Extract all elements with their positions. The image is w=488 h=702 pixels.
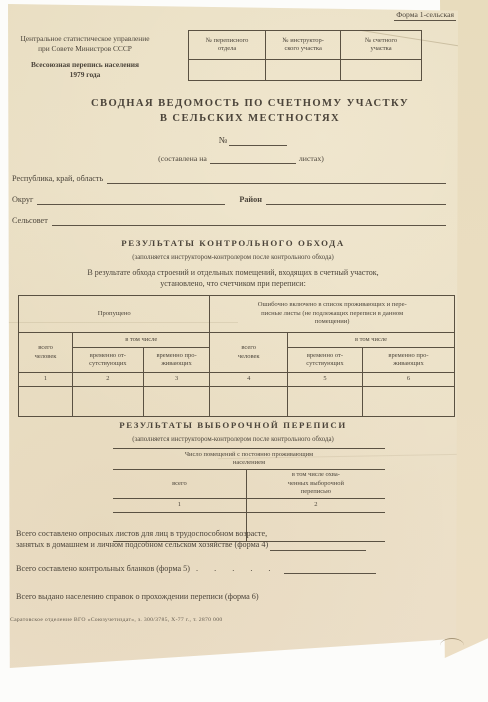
republic-field-row: Республика, край, область (12, 174, 446, 184)
col-number: 6 (362, 373, 454, 387)
col-number: 1 (113, 499, 246, 513)
sample-census-section-subtitle: (заполняется инструктором-контролером по… (8, 436, 458, 444)
printing-house-imprint: Саратовское отделение ВГО «Союзучетиздат… (10, 617, 340, 624)
sheets-count-blank (210, 155, 296, 164)
included-including-header: в том числе (287, 333, 454, 348)
form-title: СВОДНАЯ ВЕДОМОСТЬ ПО СЧЕТНОМУ УЧАСТКУ В … (8, 96, 458, 127)
data-cell (210, 387, 288, 417)
number-sign-label: № (219, 135, 228, 145)
table-empty-row (189, 60, 422, 81)
questionnaires-line-part2: занятых в домашнем и личном подсобном се… (16, 540, 268, 549)
republic-blank (107, 174, 446, 184)
group-header-row: Пропущено Ошибочно включено в список про… (19, 296, 455, 333)
selsovet-blank (52, 216, 446, 226)
table-header-row: № переписного отдела № инструктор- ского… (189, 31, 422, 60)
column-numbers-row: 1 2 (113, 499, 385, 513)
column-numbers-row: 1 2 3 4 5 6 (19, 373, 455, 387)
raion-blank (266, 195, 446, 205)
certificates-issued-line: Всего выдано населению справок о прохожд… (16, 591, 446, 602)
including-row: всего человек в том числе всего человек … (19, 333, 455, 348)
included-total-header: всего человек (210, 333, 288, 373)
col-number: 1 (19, 373, 73, 387)
col-counting-area: № счетного участка (341, 31, 422, 60)
data-cell (73, 387, 144, 417)
group-erroneously-included: Ошибочно включено в список проживающих и… (210, 296, 455, 333)
okrug-raion-field-row: Округ Район (12, 195, 446, 205)
data-cell (143, 387, 210, 417)
data-cell (362, 387, 454, 417)
form5-count-blank (284, 564, 376, 574)
census-name: Всесоюзная перепись населения 1979 года (10, 60, 160, 79)
district-numbers-table: № переписного отдела № инструктор- ского… (188, 30, 422, 81)
col-number: 3 (143, 373, 210, 387)
col-instructor-area: № инструктор- ского участка (266, 31, 341, 60)
table-header-row: Число помещений с постоянно проживающим … (113, 449, 385, 470)
republic-label: Республика, край, область (12, 174, 103, 184)
okrug-blank (37, 195, 225, 205)
okrug-label: Округ (12, 195, 33, 205)
raion-label: Район (239, 195, 262, 205)
covered-by-sample-col-header: в том числе охва- ченных выборочной пере… (246, 470, 385, 499)
page-curl (440, 638, 464, 653)
compiled-suffix-label: листах) (299, 154, 324, 163)
included-temp-residing-header: временно про- живающих (362, 348, 454, 373)
control-round-results-table: Пропущено Ошибочно включено в список про… (18, 295, 455, 417)
group-missed: Пропущено (19, 296, 210, 333)
col-enumeration-dept: № переписного отдела (189, 31, 266, 60)
form-title-line1: СВОДНАЯ ВЕДОМОСТЬ ПО СЧЕТНОМУ УЧАСТКУ (42, 96, 458, 111)
sample-census-section-title: РЕЗУЛЬТАТЫ ВЫБОРОЧНОЙ ПЕРЕПИСИ (8, 420, 458, 431)
included-temp-absent-header: временно от- сутствующих (287, 348, 362, 373)
questionnaires-total-line: Всего составлено опросных листов для лиц… (16, 528, 446, 551)
control-round-section-subtitle: (заполняется инструктором-контролером по… (8, 254, 458, 262)
missed-total-header: всего человек (19, 333, 73, 373)
form4-count-blank (270, 541, 366, 551)
empty-data-row (19, 387, 455, 417)
org-name: Центральное статистическое управление пр… (10, 34, 160, 53)
control-blanks-label: Всего составлено контрольных бланков (фо… (16, 564, 190, 573)
questionnaires-line-part1: Всего составлено опросных листов для лиц… (16, 528, 446, 539)
missed-temp-absent-header: временно от- сутствующих (73, 348, 144, 373)
form-number-row: № (8, 135, 458, 146)
form-title-line2: В СЕЛЬСКИХ МЕСТНОСТЯХ (42, 111, 458, 126)
col-number: 4 (210, 373, 288, 387)
compiled-on-row: (составлена налистах) (8, 154, 458, 164)
col-number: 2 (246, 499, 385, 513)
form-number-blank (229, 136, 287, 146)
control-blanks-total-line: Всего составлено контрольных бланков (фо… (16, 563, 446, 574)
premises-count-header: Число помещений с постоянно проживающим … (113, 449, 385, 470)
col-number: 5 (287, 373, 362, 387)
control-round-intro-text: В результате обхода строений и отдельных… (28, 268, 438, 290)
form-code-label: Форма 1-сельская (394, 10, 456, 21)
selsovet-label: Сельсовет (12, 216, 48, 226)
total-col-header: всего (113, 470, 246, 499)
data-cell (189, 60, 266, 81)
scanned-form-page: Форма 1-сельская Центральное статистичес… (8, 4, 458, 668)
compiled-prefix-label: (составлена на (158, 154, 207, 163)
column-labels-row: всего в том числе охва- ченных выборочно… (113, 470, 385, 499)
missed-including-header: в том числе (73, 333, 210, 348)
data-cell (287, 387, 362, 417)
control-round-section-title: РЕЗУЛЬТАТЫ КОНТРОЛЬНОГО ОБХОДА (8, 238, 458, 249)
data-cell (341, 60, 422, 81)
missed-temp-residing-header: временно про- живающих (143, 348, 210, 373)
dot-leader: . . . . . (196, 564, 277, 573)
data-cell (19, 387, 73, 417)
data-cell (266, 60, 341, 81)
col-number: 2 (73, 373, 144, 387)
issuing-org-block: Центральное статистическое управление пр… (10, 34, 160, 80)
selsovet-field-row: Сельсовет (12, 216, 446, 226)
